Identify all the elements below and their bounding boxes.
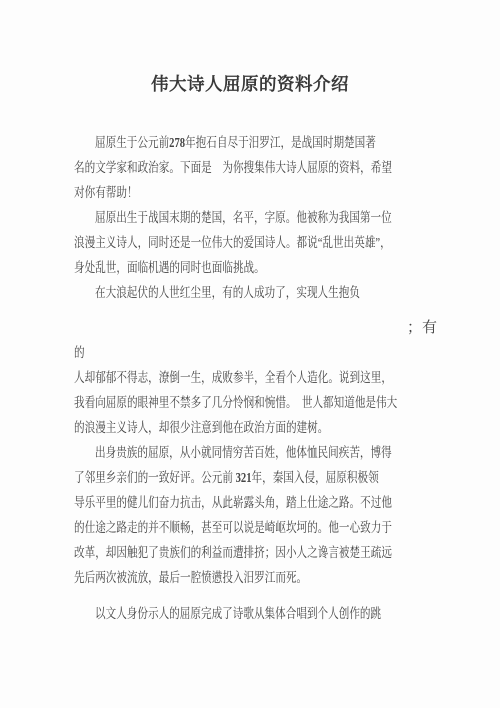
text-run: 先后两次被流放，最后一腔愤懑投入汨罗江而死。 (74, 570, 307, 585)
text-run: ；有 (407, 320, 437, 336)
text-run: 的 (74, 345, 85, 360)
text-run: 屈原生于公元前 (95, 135, 169, 150)
text-line-content: 导乐平里的健儿们奋力抗击，从此崭露头角，踏上仕途之路。不过他 (74, 490, 392, 515)
text-line: 屈原生于公元前278年抱石自尽于汨罗江，是战国时期楚国著 (74, 130, 403, 155)
text-run: 人却郁郁不得志，潦倒一生，成败参半，全看个人造化。说到这里， (74, 370, 392, 385)
text-run: 的仕途之路走的并不顺畅，甚至可以说是崎岖坎坷的。他一心致力于 (74, 520, 392, 535)
text-line: 的浪漫主义诗人，却很少注意到他在政治方面的建树。 (74, 415, 403, 440)
text-run: 以文人身份示人的屈原完成了诗歌从集体合唱到个人创作的跳 (95, 606, 381, 621)
text-line-content: 改革，却因触犯了贵族们的利益而遭排挤；因小人之谗言被楚王疏远 (74, 540, 392, 565)
text-line-content: 浪漫主义诗人，同时还是一位伟大的爱国诗人。都说“乱世出英雄”， (74, 230, 391, 255)
text-line-content: 的仕途之路走的并不顺畅，甚至可以说是崎岖坎坷的。他一心致力于 (74, 515, 392, 540)
text-line: 的 (74, 340, 403, 365)
text-run: 屈原出生于战国末期的楚国，名平，字原。他被称为我国第一位 (95, 210, 392, 225)
text-line: 了邻里乡亲们的一致好评。公元前 321年，秦国入侵，屈原积极领 (74, 465, 403, 490)
text-line-content: 人却郁郁不得志，潦倒一生，成败参半，全看个人造化。说到这里， (74, 365, 392, 390)
text-line: 对你有帮助！ (74, 180, 403, 205)
text-line-content: 的浪漫主义诗人，却很少注意到他在政治方面的建树。 (74, 415, 328, 440)
text-line: 我看向屈原的眼神里不禁多了几分怜悯和惋惜。 世人都知道他是伟大 (74, 390, 403, 415)
text-line: 先后两次被流放，最后一腔愤懑投入汨罗江而死。 (74, 565, 403, 590)
bold-number-run: 321 (236, 470, 252, 485)
document-body: 屈原生于公元前278年抱石自尽于汨罗江，是战国时期楚国著名的文学家和政治家。下面… (74, 130, 403, 626)
text-line: 浪漫主义诗人，同时还是一位伟大的爱国诗人。都说“乱世出英雄”， (74, 230, 403, 255)
text-line: 出身贵族的屈原，从小就同情穷苦百姓，他体恤民间疾苦，博得 (74, 440, 403, 465)
text-line-content: 身处乱世，面临机遇的同时也面临挑战。 (74, 255, 265, 280)
text-line-content: 对你有帮助！ (74, 180, 138, 205)
document-page: 伟大诗人屈原的资料介绍 屈原生于公元前278年抱石自尽于汨罗江，是战国时期楚国著… (0, 0, 500, 708)
text-run: 年抱石自尽于汨罗江，是战国时期楚国著 (185, 135, 376, 150)
text-run: 年，秦国入侵，屈原积极领 (252, 470, 379, 485)
text-line: 身处乱世，面临机遇的同时也面临挑战。 (74, 255, 403, 280)
text-run: 我看向屈原的眼神里不禁多了几分怜悯和惋惜。 世人都知道他是伟大 (74, 395, 397, 410)
document-title: 伟大诗人屈原的资料介绍 (0, 0, 500, 96)
text-run: 的浪漫主义诗人，却很少注意到他在政治方面的建树。 (74, 420, 328, 435)
text-run: 出身贵族的屈原，从小就同情穷苦百姓，他体恤民间疾苦，博得 (95, 445, 392, 460)
text-line-content: 屈原出生于战国末期的楚国，名平，字原。他被称为我国第一位 (95, 205, 392, 230)
text-line: 人却郁郁不得志，潦倒一生，成败参半，全看个人造化。说到这里， (74, 365, 403, 390)
text-line-content: 屈原生于公元前278年抱石自尽于汨罗江，是战国时期楚国著 (95, 130, 376, 155)
text-line: 在大浪起伏的人世红尘里，有的人成功了，实现人生抱负 (74, 280, 403, 305)
text-line: 屈原出生于战国末期的楚国，名平，字原。他被称为我国第一位 (74, 205, 403, 230)
text-run: 身处乱世，面临机遇的同时也面临挑战。 (74, 260, 265, 275)
text-run: 名的文学家和政治家。下面是 为你搜集伟大诗人屈原的资料，希望 (74, 160, 392, 175)
text-line-content: ；有 (407, 316, 437, 341)
text-run: 在大浪起伏的人世红尘里，有的人成功了，实现人生抱负 (95, 285, 360, 300)
text-line-content: 先后两次被流放，最后一腔愤懑投入汨罗江而死。 (74, 565, 307, 590)
bold-number-run: 278 (169, 135, 185, 150)
text-run: 对你有帮助！ (74, 185, 138, 200)
text-line: 的仕途之路走的并不顺畅，甚至可以说是崎岖坎坷的。他一心致力于 (74, 515, 403, 540)
text-line: 名的文学家和政治家。下面是 为你搜集伟大诗人屈原的资料，希望 (74, 155, 403, 180)
text-run: 了邻里乡亲们的一致好评。公元前 (74, 470, 236, 485)
text-line-content: 名的文学家和政治家。下面是 为你搜集伟大诗人屈原的资料，希望 (74, 155, 392, 180)
text-line-content: 以文人身份示人的屈原完成了诗歌从集体合唱到个人创作的跳 (95, 601, 381, 626)
text-line-content: 出身贵族的屈原，从小就同情穷苦百姓，他体恤民间疾苦，博得 (95, 440, 392, 465)
text-run: 浪漫主义诗人，同时还是一位伟大的爱国诗人。都说“乱世出英雄”， (74, 235, 391, 250)
text-run: 导乐平里的健儿们奋力抗击，从此崭露头角，踏上仕途之路。不过他 (74, 495, 392, 510)
text-line-content: 在大浪起伏的人世红尘里，有的人成功了，实现人生抱负 (95, 280, 360, 305)
text-line: 以文人身份示人的屈原完成了诗歌从集体合唱到个人创作的跳 (74, 601, 403, 626)
text-line-content: 的 (74, 340, 85, 365)
text-run: 改革，却因触犯了贵族们的利益而遭排挤；因小人之谗言被楚王疏远 (74, 545, 392, 560)
text-line: 改革，却因触犯了贵族们的利益而遭排挤；因小人之谗言被楚王疏远 (74, 540, 403, 565)
text-line: ；有 (74, 315, 437, 340)
text-line-content: 我看向屈原的眼神里不禁多了几分怜悯和惋惜。 世人都知道他是伟大 (74, 390, 397, 415)
text-line: 导乐平里的健儿们奋力抗击，从此崭露头角，踏上仕途之路。不过他 (74, 490, 403, 515)
text-line-content: 了邻里乡亲们的一致好评。公元前 321年，秦国入侵，屈原积极领 (74, 465, 379, 490)
